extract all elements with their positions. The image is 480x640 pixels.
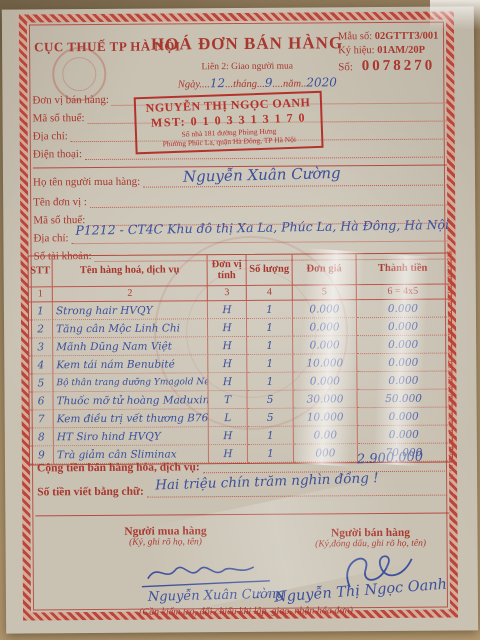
row-total: 0.000	[357, 354, 449, 373]
amount-in-words-label: Số tiền viết bằng chữ:	[37, 486, 144, 499]
invoice-title: HOÁ ĐƠN BÁN HÀNG	[142, 33, 352, 54]
row-price: 10.000	[294, 408, 358, 426]
row-stt: 7	[30, 410, 54, 428]
row-stt: 1	[29, 302, 53, 320]
date-word-thang: tháng	[233, 79, 257, 90]
seller-unit-label: Đơn vị bán hàng:	[32, 94, 108, 107]
col-header-stt: STT	[29, 256, 53, 287]
date-line: Ngày....12...tháng...9....năm..2020	[152, 75, 362, 90]
invoice-photo: CỤC THUẾ TP HÀ NỘI HOÁ ĐƠN BÁN HÀNG Liên…	[0, 0, 480, 640]
buyer-signature-subtitle: (Ký, ghi rõ họ, tên)	[76, 537, 256, 548]
row-name: Mãnh Dũng Nam Việt	[53, 337, 208, 356]
row-name: Kem tái nám Benubité	[53, 355, 208, 374]
row-total: 0.000	[357, 336, 449, 355]
colnum-5: 5	[293, 285, 357, 300]
row-name: Strong hair HVQY	[53, 301, 208, 320]
colnum-6: 6 = 4x5	[357, 285, 449, 301]
row-total: 0.000	[358, 408, 450, 427]
row-price: 0.000	[293, 336, 357, 354]
form-no-label: Mẫu số:	[338, 31, 372, 42]
buyer-signature-scribble	[136, 556, 276, 591]
buyer-name-handwritten: Nguyễn Xuân Cường	[183, 164, 341, 186]
row-stt: 2	[29, 320, 53, 338]
invoice-copy-label: Liên 2: Giao người mua	[142, 61, 352, 72]
row-name: Thuốc mỡ tử hoàng Maduxin	[54, 391, 209, 410]
invoice-paper: CỤC THUẾ TP HÀ NỘI HOÁ ĐƠN BÁN HÀNG Liên…	[2, 6, 478, 633]
date-word-ngay: Ngày	[178, 79, 200, 90]
row-price: 0.000	[293, 372, 357, 390]
buyer-name-label: Họ tên người mua hàng:	[33, 176, 140, 189]
row-qty: 1	[247, 337, 293, 355]
buyer-unit-label: Tên đơn vị :	[33, 196, 87, 208]
col-header-price: Đơn giá	[293, 254, 357, 285]
row-unit: H	[208, 301, 247, 319]
row-total: 0.000	[357, 318, 449, 337]
buyer-address-label: Địa chỉ:	[33, 232, 68, 244]
row-price: 0.000	[293, 300, 357, 318]
date-word-nam: năm	[283, 79, 301, 90]
row-qty: 1	[247, 373, 293, 391]
row-unit: H	[209, 427, 248, 445]
row-stt: 5	[29, 374, 53, 392]
col-header-total: Thành tiền	[357, 254, 449, 286]
invoice-number-value: 0078270	[362, 58, 436, 75]
row-unit: T	[208, 391, 247, 409]
row-price: 10.000	[293, 354, 357, 372]
row-price: 0.000	[293, 318, 357, 336]
invoice-meta: Mẫu số: 02GTTT3/001 Ký hiệu: 01AM/20P Số…	[338, 31, 450, 76]
row-unit: H	[208, 373, 247, 391]
col-header-unit: Đơn vị tính	[208, 255, 247, 286]
date-year-handwritten: 2020	[306, 75, 337, 89]
total-amount-label: Cộng tiền bán hàng hóa, dịch vụ:	[37, 461, 200, 474]
row-unit: H	[208, 337, 247, 355]
seller-stamp: NGUYỄN THỊ NGỌC OANH MST: 0 1 0 3 3 1 3 …	[134, 91, 324, 154]
row-qty: 1	[247, 301, 293, 319]
row-unit: H	[208, 355, 247, 373]
items-table-header: STT Tên hàng hoá, dịch vụ Đơn vị tính Số…	[29, 254, 451, 288]
row-name: Bộ thân trang dưỡng Ymagold New	[53, 373, 208, 392]
row-total: 0.000	[357, 372, 449, 391]
seller-taxcode-label: Mã số thuế:	[33, 112, 85, 124]
total-amount-handwritten: 2.900.000	[357, 450, 424, 468]
row-name: Kem điều trị vết thương B76	[54, 409, 209, 428]
colnum-1: 1	[29, 287, 53, 302]
serial-value: 01AM/20P	[377, 45, 425, 56]
colnum-4: 4	[247, 286, 293, 301]
colnum-3: 3	[208, 286, 247, 301]
row-qty: 1	[247, 355, 293, 373]
row-qty: 5	[247, 391, 293, 409]
serial-label: Ký hiệu:	[338, 45, 375, 56]
col-header-name: Tên hàng hoá, dịch vụ	[53, 255, 208, 287]
row-stt: 3	[29, 338, 53, 356]
items-table: STT Tên hàng hoá, dịch vụ Đơn vị tính Số…	[28, 253, 453, 466]
date-day-handwritten: 12	[210, 76, 225, 90]
number-label: Số:	[338, 61, 353, 73]
row-qty: 1	[247, 319, 293, 337]
row-price: 0.00	[294, 426, 358, 444]
row-qty: 5	[248, 409, 294, 427]
row-total: 50.000	[357, 390, 449, 409]
form-no-value: 02GTTT3/001	[375, 31, 439, 42]
row-unit: L	[209, 409, 248, 427]
row-stt: 4	[29, 356, 53, 374]
buyer-signature-block: Người mua hàng (Ký, ghi rõ họ, tên)	[75, 525, 255, 548]
row-price: 30.000	[293, 390, 357, 408]
row-unit: H	[208, 319, 247, 337]
row-total: 0.000	[357, 300, 449, 319]
seller-address-label: Địa chỉ:	[33, 130, 68, 142]
row-stt: 8	[30, 428, 54, 446]
row-name: Tăng cân Mộc Linh Chi	[53, 319, 208, 338]
seller-phone-label: Điện thoại:	[33, 148, 82, 160]
row-name: HT Siro hind HVQY	[54, 427, 209, 446]
colnum-2: 2	[53, 286, 208, 302]
row-stt: 6	[30, 392, 54, 410]
col-header-qty: Số lượng	[247, 255, 293, 286]
row-qty: 1	[248, 427, 294, 445]
row-total: 0.000	[358, 426, 450, 445]
